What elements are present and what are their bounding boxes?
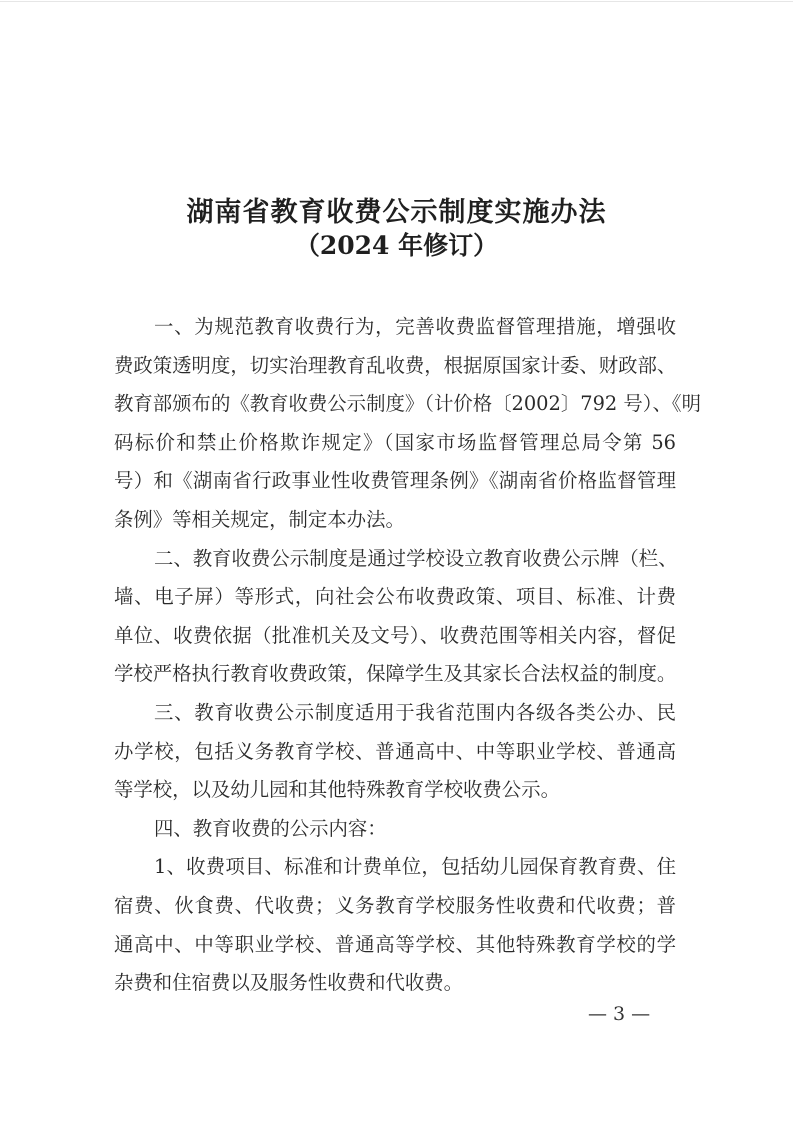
document-subtitle: （2024 年修订） (0, 226, 793, 262)
body-line: 二、教育收费公示制度是通过学校设立教育收费公示牌（栏、 (114, 540, 676, 579)
scan-edge-line (0, 1, 793, 2)
body-line: 1、收费项目、标准和计费单位，包括幼儿园保育教育费、住 (114, 848, 676, 887)
body-line: 一、为规范教育收费行为，完善收费监督管理措施，增强收 (114, 308, 676, 347)
body-line: 办学校，包括义务教育学校、普通高中、中等职业学校、普通高 (114, 733, 676, 772)
document-body: 一、为规范教育收费行为，完善收费监督管理措施，增强收 费政策透明度，切实治理教育… (114, 308, 676, 1003)
body-line: 等学校，以及幼儿园和其他特殊教育学校收费公示。 (114, 771, 676, 810)
page-number: — 3 — (588, 1003, 650, 1025)
body-line: 杂费和住宿费以及服务性收费和代收费。 (114, 964, 676, 1003)
body-line: 单位、收费依据（批准机关及文号）、收费范围等相关内容，督促 (114, 617, 676, 656)
body-line: 学校严格执行教育收费政策，保障学生及其家长合法权益的制度。 (114, 655, 676, 694)
body-line: 号）和《湖南省行政事业性收费管理条例》《湖南省价格监督管理 (114, 462, 676, 501)
body-line: 费政策透明度，切实治理教育乱收费，根据原国家计委、财政部、 (114, 347, 676, 386)
body-line: 三、教育收费公示制度适用于我省范围内各级各类公办、民 (114, 694, 676, 733)
body-line: 宿费、伙食费、代收费；义务教育学校服务性收费和代收费；普 (114, 887, 676, 926)
body-line: 码标价和禁止价格欺诈规定》（国家市场监督管理总局令第 56 (114, 424, 676, 463)
body-line: 条例》等相关规定，制定本办法。 (114, 501, 676, 540)
body-line: 墙、电子屏）等形式，向社会公布收费政策、项目、标准、计费 (114, 578, 676, 617)
body-line: 通高中、中等职业学校、普通高等学校、其他特殊教育学校的学 (114, 926, 676, 965)
body-line: 四、教育收费的公示内容： (114, 810, 676, 849)
document-title: 湖南省教育收费公示制度实施办法 (0, 190, 793, 229)
body-line: 教育部颁布的《教育收费公示制度》（计价格〔2002〕792 号）、《明 (114, 385, 676, 424)
